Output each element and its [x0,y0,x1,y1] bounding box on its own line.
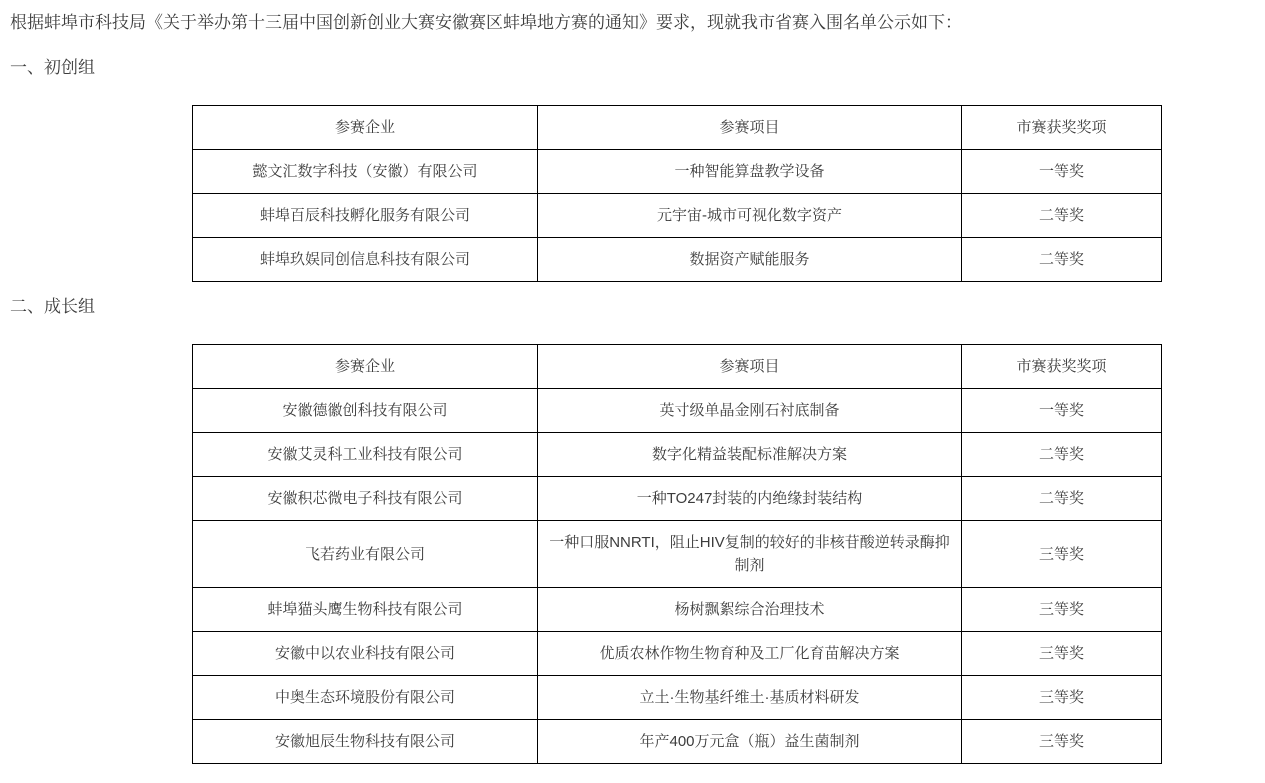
column-header: 市赛获奖奖项 [962,345,1162,389]
column-header: 参赛企业 [193,345,538,389]
table-row: 飞若药业有限公司一种口服NNRTI，阻止HIV复制的较好的非核苷酸逆转录酶抑制剂… [193,521,1162,588]
section-heading-1: 一、初创组 [10,55,1255,80]
awards-table: 参赛企业参赛项目市赛获奖奖项 懿文汇数字科技（安徽）有限公司一种智能算盘教学设备… [192,105,1162,282]
award-cell: 三等奖 [962,720,1162,764]
company-cell: 安徽旭辰生物科技有限公司 [193,720,538,764]
table-header-row: 参赛企业参赛项目市赛获奖奖项 [193,345,1162,389]
company-cell: 蚌埠玖娱同创信息科技有限公司 [193,238,538,282]
table-row: 蚌埠百辰科技孵化服务有限公司元宇宙-城市可视化数字资产二等奖 [193,194,1162,238]
announcement-page: 根据蚌埠市科技局《关于举办第十三届中国创新创业大赛安徽赛区蚌埠地方赛的通知》要求… [0,0,1265,764]
company-cell: 安徽积芯微电子科技有限公司 [193,477,538,521]
company-cell: 安徽德徽创科技有限公司 [193,389,538,433]
intro-text: 根据蚌埠市科技局《关于举办第十三届中国创新创业大赛安徽赛区蚌埠地方赛的通知》要求… [10,10,1255,35]
table-row: 安徽中以农业科技有限公司优质农林作物生物育种及工厂化育苗解决方案三等奖 [193,632,1162,676]
table-row: 蚌埠猫头鹰生物科技有限公司杨树飘絮综合治理技术三等奖 [193,588,1162,632]
sections-container: 一、初创组 参赛企业参赛项目市赛获奖奖项 懿文汇数字科技（安徽）有限公司一种智能… [10,55,1255,764]
award-section: 二、成长组 参赛企业参赛项目市赛获奖奖项 安徽德徽创科技有限公司英寸级单晶金刚石… [10,294,1255,764]
company-cell: 蚌埠百辰科技孵化服务有限公司 [193,194,538,238]
company-cell: 安徽中以农业科技有限公司 [193,632,538,676]
project-cell: 一种TO247封装的内绝缘封装结构 [538,477,962,521]
project-cell: 元宇宙-城市可视化数字资产 [538,194,962,238]
project-cell: 英寸级单晶金刚石衬底制备 [538,389,962,433]
project-cell: 数据资产赋能服务 [538,238,962,282]
award-cell: 三等奖 [962,521,1162,588]
award-cell: 三等奖 [962,588,1162,632]
award-cell: 一等奖 [962,389,1162,433]
project-cell: 杨树飘絮综合治理技术 [538,588,962,632]
project-cell: 一种口服NNRTI，阻止HIV复制的较好的非核苷酸逆转录酶抑制剂 [538,521,962,588]
award-cell: 二等奖 [962,238,1162,282]
awards-table: 参赛企业参赛项目市赛获奖奖项 安徽德徽创科技有限公司英寸级单晶金刚石衬底制备一等… [192,344,1162,764]
section-heading-2: 二、成长组 [10,294,1255,319]
column-header: 参赛项目 [538,345,962,389]
award-cell: 一等奖 [962,150,1162,194]
award-cell: 二等奖 [962,477,1162,521]
award-cell: 三等奖 [962,676,1162,720]
award-cell: 二等奖 [962,194,1162,238]
column-header: 参赛企业 [193,106,538,150]
company-cell: 蚌埠猫头鹰生物科技有限公司 [193,588,538,632]
column-header: 市赛获奖奖项 [962,106,1162,150]
table-row: 中奥生态环境股份有限公司立土·生物基纤维土·基质材料研发三等奖 [193,676,1162,720]
award-section: 一、初创组 参赛企业参赛项目市赛获奖奖项 懿文汇数字科技（安徽）有限公司一种智能… [10,55,1255,282]
company-cell: 懿文汇数字科技（安徽）有限公司 [193,150,538,194]
company-cell: 中奥生态环境股份有限公司 [193,676,538,720]
table-row: 安徽旭辰生物科技有限公司年产400万元盒（瓶）益生菌制剂三等奖 [193,720,1162,764]
company-cell: 飞若药业有限公司 [193,521,538,588]
award-cell: 二等奖 [962,433,1162,477]
table-row: 安徽德徽创科技有限公司英寸级单晶金刚石衬底制备一等奖 [193,389,1162,433]
project-cell: 年产400万元盒（瓶）益生菌制剂 [538,720,962,764]
project-cell: 数字化精益装配标准解决方案 [538,433,962,477]
project-cell: 立土·生物基纤维土·基质材料研发 [538,676,962,720]
table-header-row: 参赛企业参赛项目市赛获奖奖项 [193,106,1162,150]
table-row: 安徽积芯微电子科技有限公司一种TO247封装的内绝缘封装结构二等奖 [193,477,1162,521]
project-cell: 优质农林作物生物育种及工厂化育苗解决方案 [538,632,962,676]
table-row: 懿文汇数字科技（安徽）有限公司一种智能算盘教学设备一等奖 [193,150,1162,194]
column-header: 参赛项目 [538,106,962,150]
table-row: 安徽艾灵科工业科技有限公司数字化精益装配标准解决方案二等奖 [193,433,1162,477]
table-row: 蚌埠玖娱同创信息科技有限公司数据资产赋能服务二等奖 [193,238,1162,282]
company-cell: 安徽艾灵科工业科技有限公司 [193,433,538,477]
award-cell: 三等奖 [962,632,1162,676]
project-cell: 一种智能算盘教学设备 [538,150,962,194]
